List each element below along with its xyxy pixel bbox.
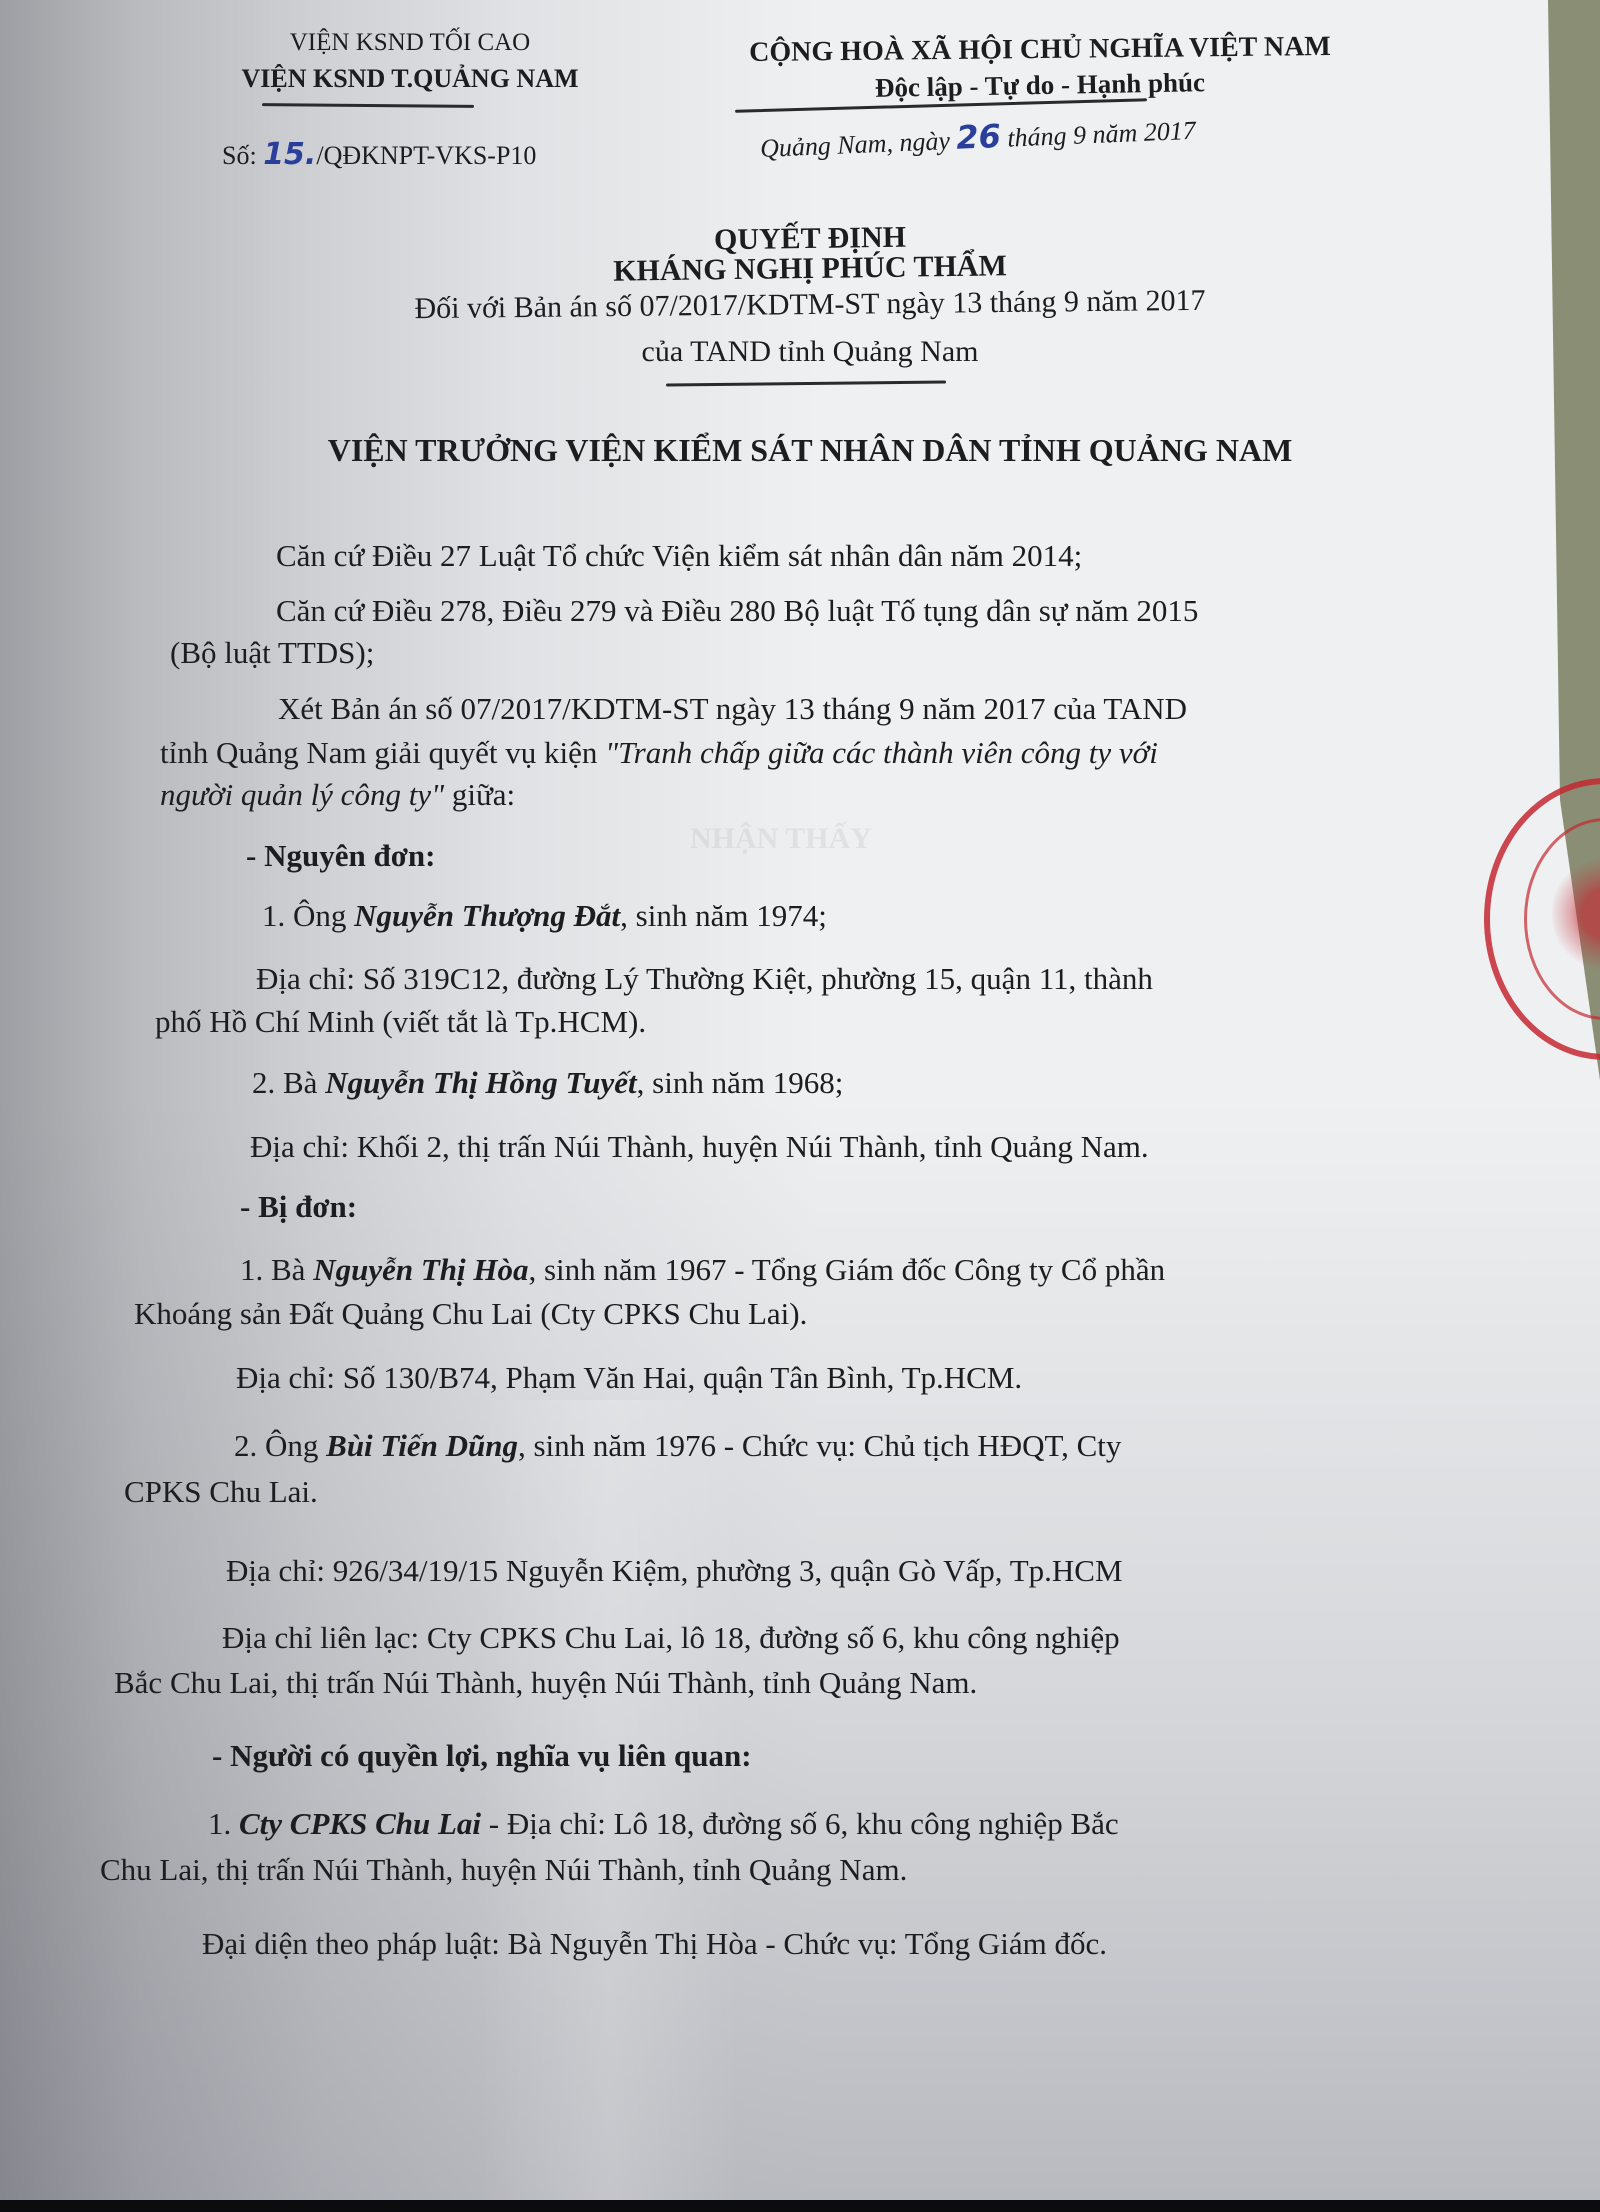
doc-number-handwritten: 15. bbox=[263, 137, 316, 172]
defendant-2: 2. Ông Bùi Tiến Dũng, sinh năm 1976 - Ch… bbox=[234, 1430, 1121, 1461]
doc-number-suffix: /QĐKNPT-VKS-P10 bbox=[316, 141, 536, 170]
plaintiff-heading: - Nguyên đơn: bbox=[246, 840, 435, 871]
bottom-edge bbox=[0, 2200, 1600, 2212]
date-day-handwritten: 26 bbox=[955, 117, 1001, 157]
document-number: Số: 15./QĐKNPT-VKS-P10 bbox=[222, 140, 536, 170]
defendant-1-address: Địa chỉ: Số 130/B74, Phạm Văn Hai, quận … bbox=[236, 1362, 1022, 1393]
plaintiff-1-title: 1. Ông bbox=[262, 898, 354, 933]
agency-name: VIỆN KSND T.QUẢNG NAM bbox=[170, 66, 650, 92]
legal-basis-2-cont: (Bộ luật TTDS); bbox=[170, 637, 374, 668]
review-line-2: tỉnh Quảng Nam giải quyết vụ kiện "Tranh… bbox=[160, 737, 1158, 768]
plaintiff-2: 2. Bà Nguyễn Thị Hồng Tuyết, sinh năm 19… bbox=[252, 1067, 843, 1098]
related-party-1-address-cont: Chu Lai, thị trấn Núi Thành, huyện Núi T… bbox=[100, 1854, 907, 1885]
plaintiff-1-address: Địa chỉ: Số 319C12, đường Lý Thường Kiệt… bbox=[256, 963, 1153, 994]
case-title: "Tranh chấp giữa các thành viên công ty … bbox=[605, 735, 1158, 770]
related-party-1-name: Cty CPKS Chu Lai bbox=[239, 1806, 481, 1841]
related-party-1-number: 1. bbox=[208, 1806, 239, 1841]
plaintiff-1-address-cont: phố Hồ Chí Minh (viết tắt là Tp.HCM). bbox=[155, 1006, 646, 1037]
related-party-1-address: - Địa chỉ: Lô 18, đường số 6, khu công n… bbox=[481, 1806, 1119, 1841]
defendant-1-role: , sinh năm 1967 - Tổng Giám đốc Công ty … bbox=[528, 1252, 1165, 1287]
defendant-2-company: CPKS Chu Lai. bbox=[124, 1476, 318, 1507]
defendant-1-company: Khoáng sản Đất Quảng Chu Lai (Cty CPKS C… bbox=[134, 1298, 807, 1329]
plaintiff-2-birth: , sinh năm 1968; bbox=[637, 1065, 844, 1100]
review-text: tỉnh Quảng Nam giải quyết vụ kiện bbox=[160, 735, 605, 770]
plaintiff-2-address: Địa chỉ: Khối 2, thị trấn Núi Thành, huy… bbox=[250, 1131, 1149, 1162]
review-line-3: người quản lý công ty" giữa: bbox=[160, 779, 515, 810]
agency-parent: VIỆN KSND TỐI CAO bbox=[170, 30, 650, 55]
review-text-end: giữa: bbox=[444, 777, 515, 812]
plaintiff-1-name: Nguyễn Thượng Đắt bbox=[354, 898, 620, 933]
plaintiff-1: 1. Ông Nguyễn Thượng Đắt, sinh năm 1974; bbox=[262, 900, 827, 931]
defendant-2-contact-cont: Bắc Chu Lai, thị trấn Núi Thành, huyện N… bbox=[114, 1667, 977, 1698]
review-line-1: Xét Bản án số 07/2017/KDTM-ST ngày 13 th… bbox=[278, 693, 1187, 724]
bleed-through-text: NHẬN THẤY bbox=[690, 822, 872, 856]
legal-basis-1: Căn cứ Điều 27 Luật Tổ chức Viện kiểm sá… bbox=[276, 540, 1082, 571]
related-party-heading: - Người có quyền lợi, nghĩa vụ liên quan… bbox=[212, 1740, 752, 1771]
defendant-2-name: Bùi Tiến Dũng bbox=[326, 1428, 518, 1463]
defendant-2-contact: Địa chỉ liên lạc: Cty CPKS Chu Lai, lô 1… bbox=[222, 1622, 1120, 1653]
legal-representative: Đại diện theo pháp luật: Bà Nguyễn Thị H… bbox=[202, 1928, 1107, 1959]
doc-number-prefix: Số: bbox=[222, 141, 257, 170]
defendant-1-title: 1. Bà bbox=[240, 1252, 313, 1287]
plaintiff-2-name: Nguyễn Thị Hồng Tuyết bbox=[325, 1065, 636, 1100]
plaintiff-1-birth: , sinh năm 1974; bbox=[620, 898, 827, 933]
defendant-1: 1. Bà Nguyễn Thị Hòa, sinh năm 1967 - Tổ… bbox=[240, 1254, 1165, 1285]
defendant-1-name: Nguyễn Thị Hòa bbox=[313, 1252, 528, 1287]
authority-heading: VIỆN TRƯỞNG VIỆN KIỂM SÁT NHÂN DÂN TỈNH … bbox=[160, 434, 1460, 466]
defendant-heading: - Bị đơn: bbox=[240, 1191, 357, 1222]
defendant-2-address: Địa chỉ: 926/34/19/15 Nguyễn Kiệm, phườn… bbox=[226, 1555, 1123, 1586]
court-reference: của TAND tỉnh Quảng Nam bbox=[160, 337, 1460, 367]
defendant-2-title: 2. Ông bbox=[234, 1428, 326, 1463]
plaintiff-2-title: 2. Bà bbox=[252, 1065, 325, 1100]
defendant-2-role: , sinh năm 1976 - Chức vụ: Chủ tịch HĐQT… bbox=[518, 1428, 1121, 1463]
legal-basis-2: Căn cứ Điều 278, Điều 279 và Điều 280 Bộ… bbox=[276, 595, 1198, 626]
case-title-cont: người quản lý công ty" bbox=[160, 777, 444, 812]
related-party-1: 1. Cty CPKS Chu Lai - Địa chỉ: Lô 18, đư… bbox=[208, 1808, 1119, 1839]
